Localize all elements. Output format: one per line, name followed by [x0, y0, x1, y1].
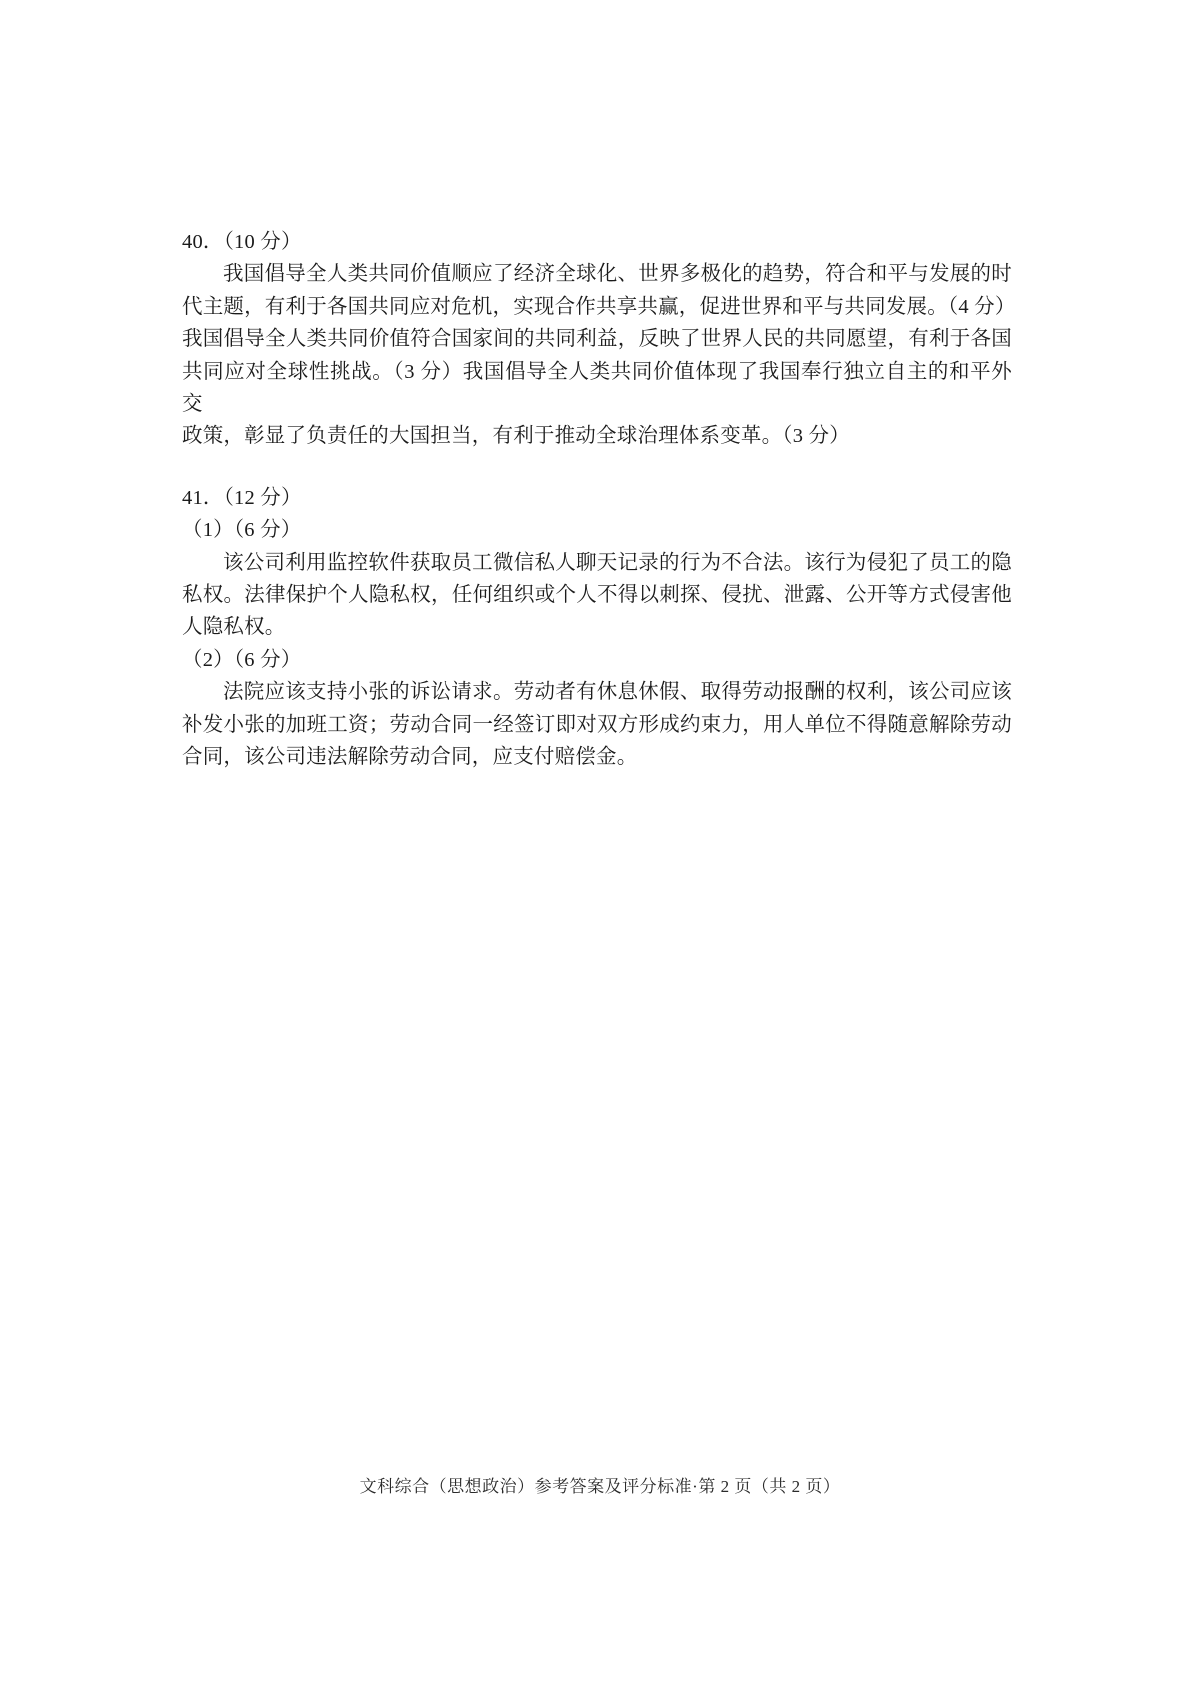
answer-paragraph: 法院应该支持小张的诉讼请求。劳动者有休息休假、取得劳动报酬的权利，该公司应该补发… — [182, 676, 1012, 773]
question-score-label: 40．（10 分） — [182, 226, 1012, 258]
answer-text-line: 法院应该支持小张的诉讼请求。劳动者有休息休假、取得劳动报酬的权利，该公司应该 — [182, 676, 1012, 708]
answer-paragraph: 我国倡导全人类共同价值顺应了经济全球化、世界多极化的趋势，符合和平与发展的时代主… — [182, 258, 1012, 452]
answer-text-line: 我国倡导全人类共同价值符合国家间的共同利益，反映了世界人民的共同愿望，有利于各国 — [182, 323, 1012, 355]
answer-text-line: 私权。法律保护个人隐私权，任何组织或个人不得以刺探、侵扰、泄露、公开等方式侵害他 — [182, 579, 1012, 611]
page-footer-text: 文科综合（思想政治）参考答案及评分标准·第 2 页（共 2 页） — [360, 1477, 841, 1496]
question-score-label: （2）（6 分） — [182, 644, 1012, 676]
question-score-label: （1）（6 分） — [182, 514, 1012, 546]
answer-41: 41．（12 分）（1）（6 分）该公司利用监控软件获取员工微信私人聊天记录的行… — [182, 482, 1012, 774]
answer-text-line: 人隐私权。 — [182, 611, 1012, 643]
question-score-label: 41．（12 分） — [182, 482, 1012, 514]
answer-sheet-page: 40．（10 分）我国倡导全人类共同价值顺应了经济全球化、世界多极化的趋势，符合… — [0, 0, 1200, 1698]
answer-text-line: 政策，彰显了负责任的大国担当，有利于推动全球治理体系变革。（3 分） — [182, 420, 1012, 452]
answer-text-line: 该公司利用监控软件获取员工微信私人聊天记录的行为不合法。该行为侵犯了员工的隐 — [182, 547, 1012, 579]
answers-section: 40．（10 分）我国倡导全人类共同价值顺应了经济全球化、世界多极化的趋势，符合… — [182, 226, 1012, 774]
answer-paragraph: 该公司利用监控软件获取员工微信私人聊天记录的行为不合法。该行为侵犯了员工的隐私权… — [182, 547, 1012, 644]
page-footer: 文科综合（思想政治）参考答案及评分标准·第 2 页（共 2 页） — [0, 1472, 1200, 1497]
answer-text-line: 我国倡导全人类共同价值顺应了经济全球化、世界多极化的趋势，符合和平与发展的时 — [182, 258, 1012, 290]
answer-text-line: 共同应对全球性挑战。（3 分）我国倡导全人类共同价值体现了我国奉行独立自主的和平… — [182, 356, 1012, 421]
answer-text-line: 补发小张的加班工资；劳动合同一经签订即对双方形成约束力，用人单位不得随意解除劳动 — [182, 709, 1012, 741]
answer-text-line: 代主题，有利于各国共同应对危机，实现合作共享共赢，促进世界和平与共同发展。（4 … — [182, 291, 1012, 323]
answer-text-line: 合同，该公司违法解除劳动合同，应支付赔偿金。 — [182, 741, 1012, 773]
answer-40: 40．（10 分）我国倡导全人类共同价值顺应了经济全球化、世界多极化的趋势，符合… — [182, 226, 1012, 453]
